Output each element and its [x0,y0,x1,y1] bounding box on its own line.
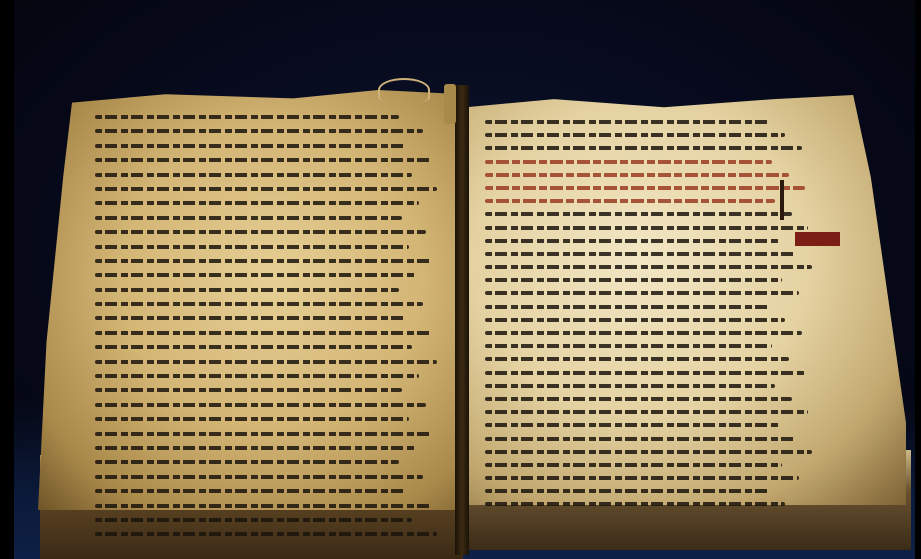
script-line [485,252,795,256]
image-border-right [915,0,921,559]
script-line [95,460,399,464]
red-page-marker [795,232,840,246]
script-line [95,115,399,119]
script-line [95,504,430,508]
script-line [485,410,808,414]
script-line [485,502,785,506]
script-line [95,374,419,378]
script-line [485,423,779,427]
script-line [485,318,785,322]
script-line [95,403,426,407]
script-line [485,226,808,230]
script-line [485,476,799,480]
script-line [95,302,423,306]
image-border-left [0,0,14,559]
script-line [485,450,812,454]
script-line [485,133,785,137]
script-line [95,288,399,292]
script-line [95,201,419,205]
script-line [95,388,402,392]
rubric-line [485,186,805,190]
script-line [485,397,792,401]
script-line [485,384,775,388]
rubric-line [485,199,775,203]
script-line [485,305,769,309]
script-line [485,146,802,150]
script-line [95,331,430,335]
script-line [485,278,782,282]
script-line [95,259,433,263]
script-line [95,518,412,522]
script-line [95,230,426,234]
script-line [485,357,789,361]
script-line [485,463,782,467]
marginal-note [780,180,784,220]
script-line [485,212,792,216]
script-line [95,129,423,133]
book-gutter [455,85,469,555]
right-page-script [485,120,815,506]
script-line [95,158,430,162]
script-line [95,532,437,536]
script-line [95,216,402,220]
script-line [95,446,416,450]
script-line [485,239,779,243]
script-line [95,345,412,349]
script-line [485,120,769,124]
script-line [485,371,805,375]
script-line [95,273,416,277]
rubric-line [485,173,789,177]
script-line [95,360,437,364]
script-line [95,144,406,148]
manuscript-photo: Photograph of an open ancient manuscript… [0,0,921,559]
left-page-script [95,115,440,536]
script-line [95,187,437,191]
binding-thread [378,78,430,102]
script-line [95,432,433,436]
script-line [95,475,423,479]
script-line [485,489,769,493]
spine-tab [444,84,456,124]
script-line [95,173,412,177]
script-line [485,265,812,269]
script-line [95,417,409,421]
script-line [95,245,409,249]
script-line [485,437,795,441]
rubric-line [485,160,772,164]
script-line [485,291,799,295]
script-line [95,489,406,493]
script-line [485,344,772,348]
script-line [95,316,406,320]
script-line [485,331,802,335]
